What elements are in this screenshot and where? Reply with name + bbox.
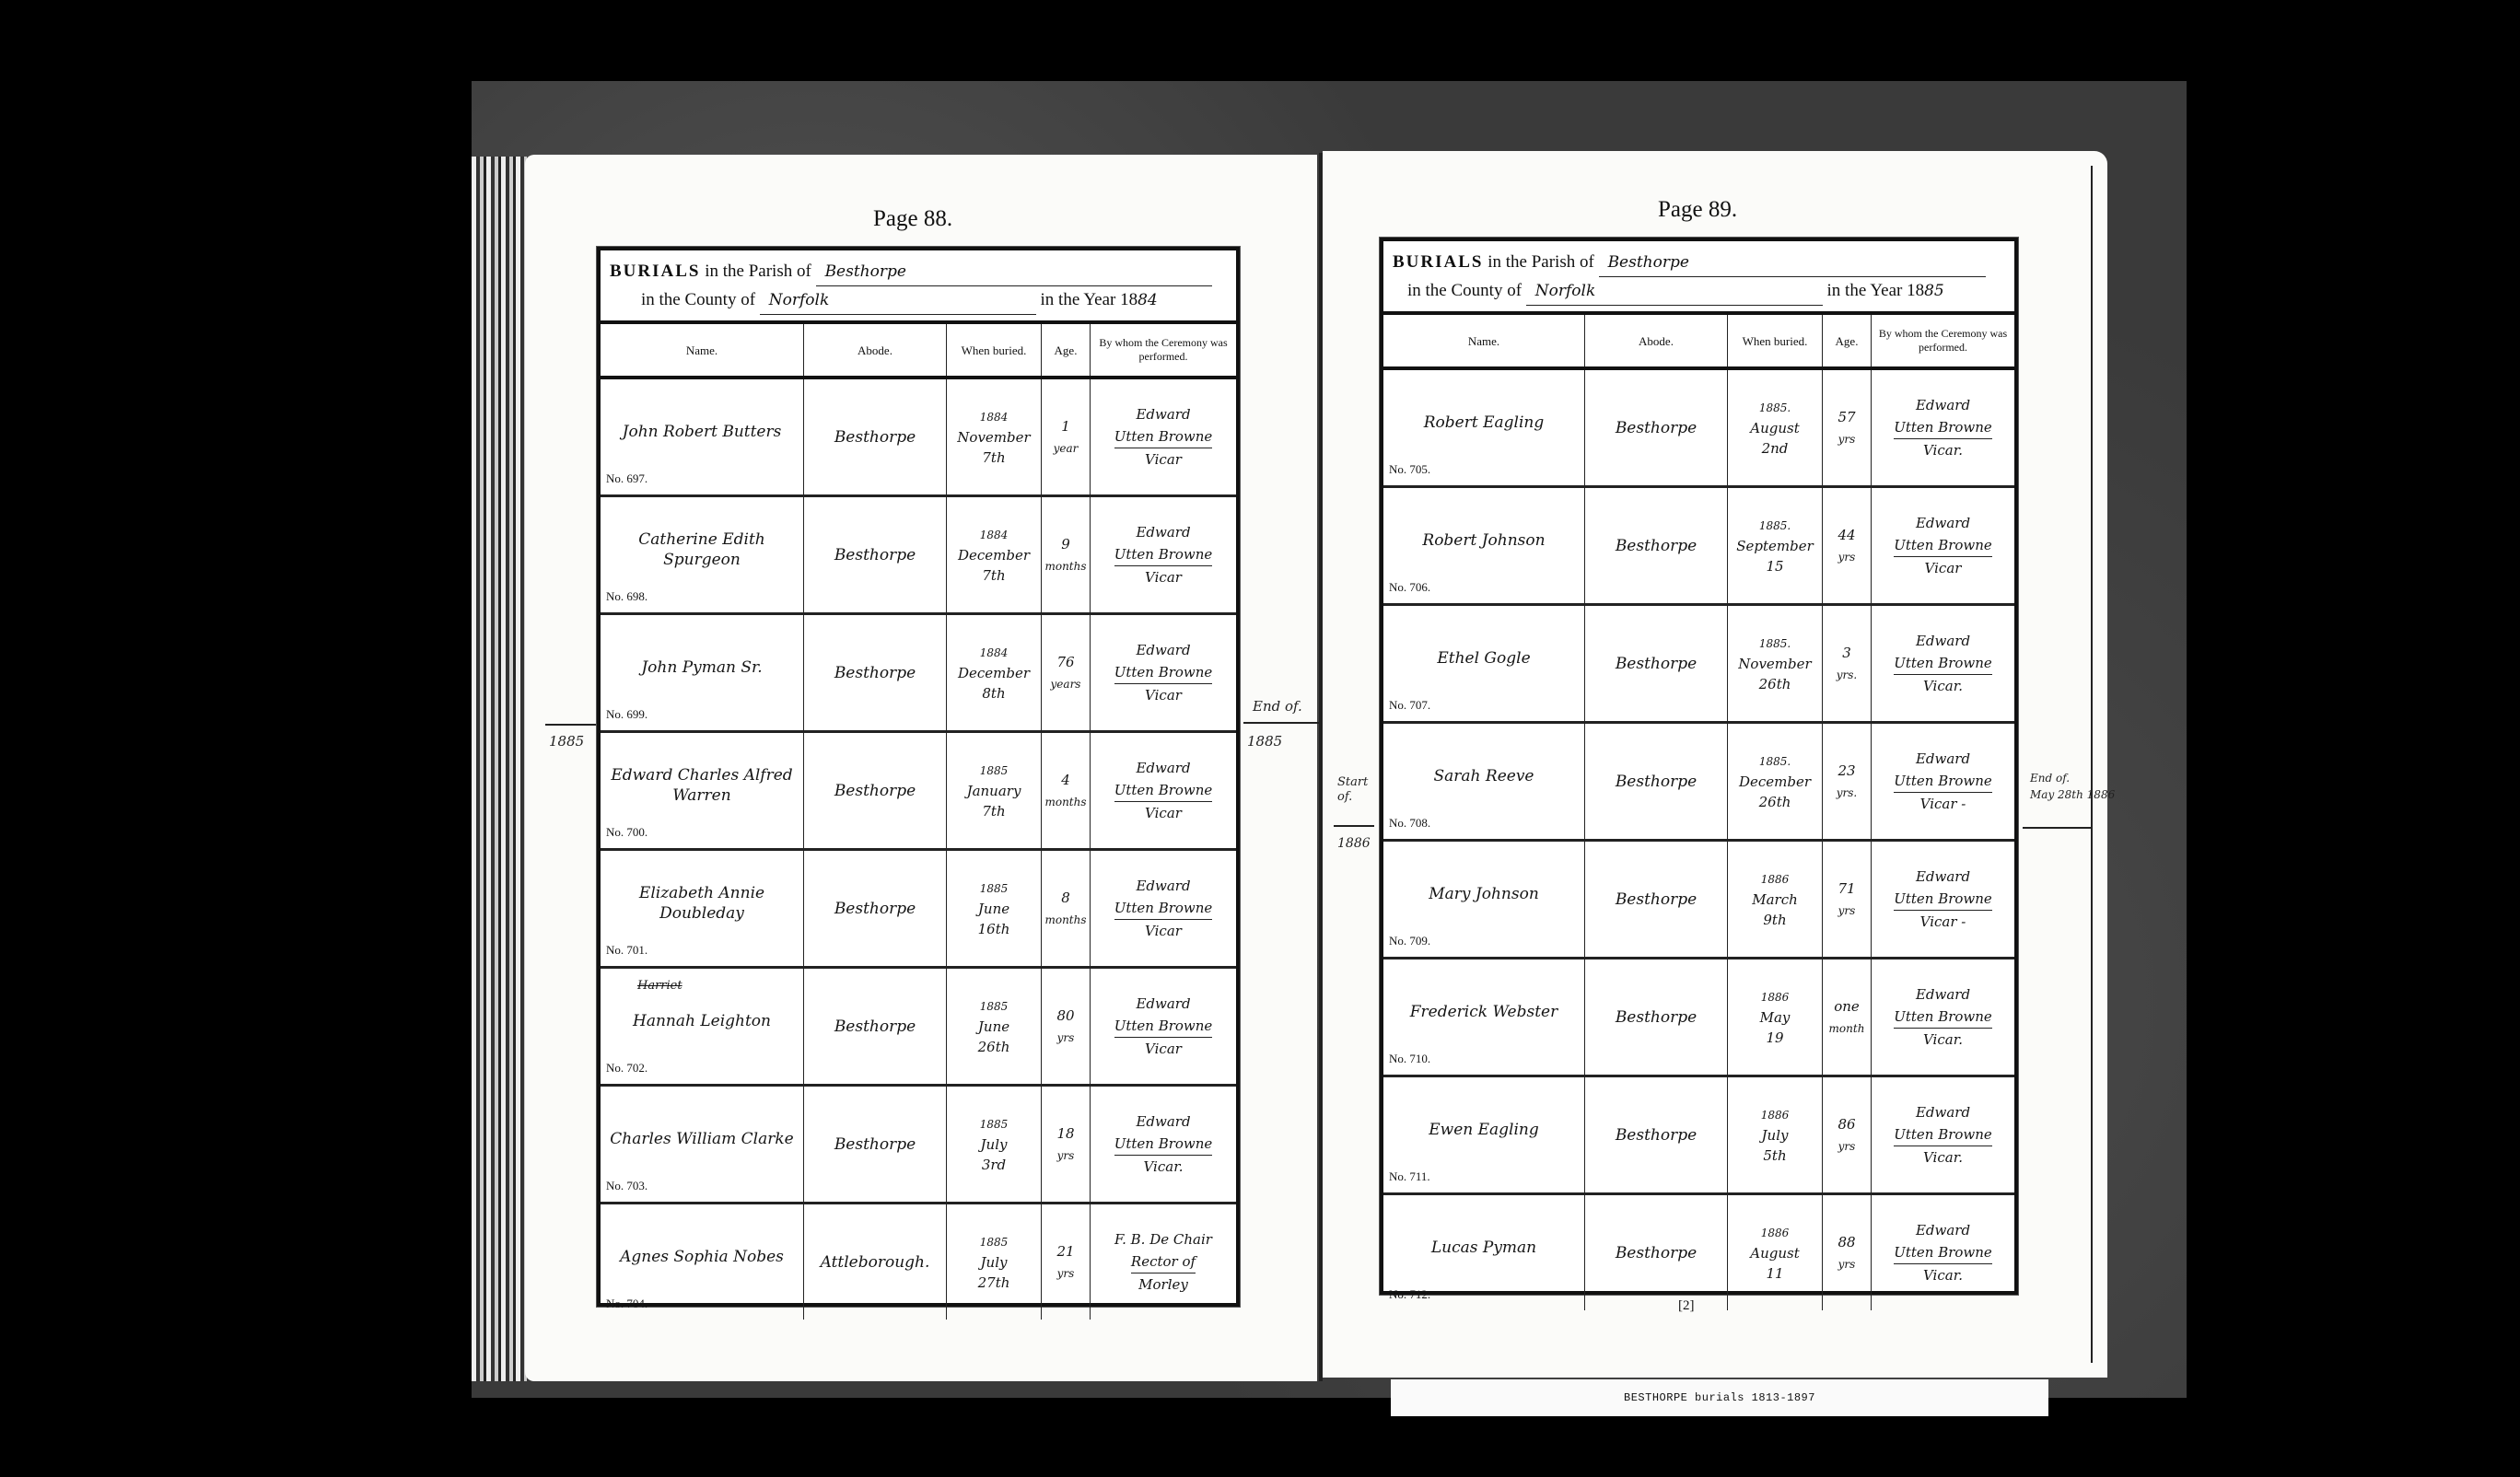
burial-day: 16th <box>978 919 1010 939</box>
entry-number: No. 709. <box>1389 931 1430 951</box>
name-cell: Charles William Clarke No. 703. <box>601 1087 804 1202</box>
age-number: 76 <box>1056 651 1074 673</box>
officiant-line-1: Edward <box>1136 521 1190 543</box>
burial-month: December <box>1739 772 1811 792</box>
parish-label: in the Parish of <box>705 262 811 281</box>
burial-day: 26th <box>978 1037 1010 1057</box>
officiant-line-2: Utten Browne <box>1894 1006 1992 1029</box>
age-number: 4 <box>1061 769 1070 791</box>
parish-label: in the Parish of <box>1487 252 1594 272</box>
entry-number: No. 700. <box>606 822 647 843</box>
officiant-line-3: Vicar. <box>1143 1156 1183 1178</box>
officiant-line-3: Vicar <box>1145 684 1182 706</box>
age-cell: 3 yrs. <box>1823 606 1872 721</box>
entry-number: No. 707. <box>1389 695 1430 715</box>
name-cell: Agnes Sophia Nobes No. 704. <box>601 1204 804 1320</box>
deceased-name: Robert Johnson <box>1417 530 1550 551</box>
margin-rule <box>2023 827 2091 829</box>
officiant-line-1: Edward <box>1136 639 1190 661</box>
year-value: 84 <box>1137 291 1158 309</box>
officiant-line-2: Utten Browne <box>1894 416 1992 439</box>
name-cell: Robert Johnson No. 706. <box>1383 488 1585 603</box>
officiant-cell: Edward Utten Browne Vicar. <box>1872 370 2014 485</box>
age-cell: 76 years <box>1042 615 1091 730</box>
burial-month: May <box>1760 1007 1791 1028</box>
abode-cell: Besthorpe <box>1585 606 1728 721</box>
entry-number: No. 697. <box>606 469 647 489</box>
when-buried-cell: 1885. November 26th <box>1728 606 1823 721</box>
name-cell: Sarah Reeve No. 708. <box>1383 724 1585 839</box>
age-number: 8 <box>1061 887 1070 909</box>
officiant-line-3: Vicar. <box>1923 1264 1963 1286</box>
margin-year-right: 1885 <box>1247 733 1282 750</box>
collection-label: BESTHORPE burials 1813-1897 <box>1391 1379 2048 1416</box>
burial-month: November <box>1738 654 1811 674</box>
officiant-line-3: Vicar <box>1145 448 1182 471</box>
officiant-line-1: F. B. De Chair <box>1114 1228 1212 1250</box>
officiant-cell: Edward Utten Browne Vicar. <box>1872 1077 2014 1192</box>
when-buried-cell: 1884 November 7th <box>947 379 1042 494</box>
age-cell: 86 yrs <box>1823 1077 1872 1192</box>
officiant-line-2: Utten Browne <box>1894 770 1992 793</box>
age-cell: 1 year <box>1042 379 1091 494</box>
officiant-line-3: Vicar <box>1925 557 1962 579</box>
right-page-number: Page 89. <box>1658 197 1737 223</box>
burial-year: 1885 <box>980 1232 1009 1252</box>
entry-number: No. 708. <box>1389 813 1430 833</box>
deceased-name: Agnes Sophia Nobes <box>614 1247 789 1267</box>
when-buried-cell: 1885 June 16th <box>947 851 1042 966</box>
officiant-line-3: Vicar. <box>1923 1146 1963 1169</box>
burial-entry-row: Ethel Gogle No. 707. Besthorpe 1885. Nov… <box>1383 606 2014 724</box>
burial-day: 9th <box>1763 910 1786 930</box>
margin-rule <box>545 724 602 726</box>
deceased-name: John Robert Butters <box>617 422 787 442</box>
entry-number: No. 710. <box>1389 1049 1430 1069</box>
burial-year: 1886 <box>1761 1223 1790 1243</box>
register-heading: BURIALS in the Parish of Besthorpe in th… <box>601 250 1236 324</box>
age-cell: 9 months <box>1042 497 1091 612</box>
deceased-name: Charles William Clarke <box>604 1129 799 1149</box>
burial-month: November <box>957 427 1030 448</box>
col-when: When buried. <box>1728 315 1823 366</box>
age-unit: months <box>1044 555 1086 577</box>
burial-entry-row: Catherine Edith Spurgeon No. 698. Bestho… <box>601 497 1236 615</box>
name-cell: Edward Charles Alfred Warren No. 700. <box>601 733 804 848</box>
margin-year-1886: 1886 <box>1337 836 1371 851</box>
officiant-line-1: Edward <box>1916 983 1970 1006</box>
parish-value: Besthorpe <box>1599 249 1986 277</box>
age-unit: yrs <box>1838 900 1856 922</box>
col-abode: Abode. <box>1585 315 1728 366</box>
col-name: Name. <box>601 324 804 376</box>
age-cell: 71 yrs <box>1823 842 1872 957</box>
age-number: 18 <box>1056 1122 1074 1145</box>
name-cell: Robert Eagling No. 705. <box>1383 370 1585 485</box>
officiant-cell: Edward Utten Browne Vicar - <box>1872 842 2014 957</box>
margin-rule <box>1243 722 1321 724</box>
officiant-cell: Edward Utten Browne Vicar <box>1872 488 2014 603</box>
burial-day: 26th <box>1759 792 1791 812</box>
deceased-name: Mary Johnson <box>1423 884 1545 904</box>
year-label: in the Year 18 <box>1827 281 1925 300</box>
officiant-line-1: Edward <box>1136 403 1190 425</box>
burials-title: BURIALS <box>1393 252 1483 272</box>
burial-month: March <box>1752 890 1798 910</box>
name-cell: Harriet Hannah Leighton No. 702. <box>601 969 804 1084</box>
officiant-line-2: Utten Browne <box>1894 652 1992 675</box>
officiant-cell: Edward Utten Browne Vicar <box>1091 497 1236 612</box>
county-value: Norfolk <box>760 286 1036 315</box>
abode-cell: Besthorpe <box>1585 370 1728 485</box>
officiant-line-3: Vicar. <box>1923 1029 1963 1051</box>
officiant-line-2: Utten Browne <box>1114 779 1213 802</box>
officiant-line-2: Utten Browne <box>1114 661 1213 684</box>
age-number: 86 <box>1837 1113 1855 1135</box>
burial-day: 5th <box>1763 1146 1786 1166</box>
officiant-line-2: Utten Browne <box>1114 1015 1213 1038</box>
officiant-line-3: Vicar - <box>1920 911 1966 933</box>
officiant-line-2: Rector of <box>1131 1250 1196 1273</box>
burial-year: 1886 <box>1761 869 1790 890</box>
age-number: 1 <box>1061 415 1070 437</box>
burial-year: 1885. <box>1759 634 1791 654</box>
age-unit: yrs <box>1838 1253 1856 1275</box>
age-cell: 4 months <box>1042 733 1091 848</box>
officiant-cell: Edward Utten Browne Vicar. <box>1872 959 2014 1075</box>
officiant-line-1: Edward <box>1916 512 1970 534</box>
name-cell: Lucas Pyman No. 712. <box>1383 1195 1585 1310</box>
burial-day: 27th <box>978 1273 1010 1293</box>
name-cell: Frederick Webster No. 710. <box>1383 959 1585 1075</box>
age-unit: yrs. <box>1837 782 1858 804</box>
burial-entry-row: John Pyman Sr. No. 699. Besthorpe 1884 D… <box>601 615 1236 733</box>
burial-year: 1884 <box>980 643 1009 663</box>
burial-entry-row: Sarah Reeve No. 708. Besthorpe 1885. Dec… <box>1383 724 2014 842</box>
officiant-cell: Edward Utten Browne Vicar <box>1091 379 1236 494</box>
burial-year: 1885 <box>980 878 1009 899</box>
entry-number: No. 712. <box>1389 1285 1430 1305</box>
officiant-line-1: Edward <box>1916 866 1970 888</box>
age-unit: yrs <box>1057 1262 1075 1285</box>
burial-year: 1884 <box>980 525 1009 545</box>
county-label: in the County of <box>641 290 755 309</box>
abode-cell: Besthorpe <box>804 969 947 1084</box>
entry-number: No. 698. <box>606 587 647 607</box>
deceased-name: Hannah Leighton <box>627 1011 776 1031</box>
burial-month: August <box>1750 418 1799 438</box>
when-buried-cell: 1886 July 5th <box>1728 1077 1823 1192</box>
burial-year: 1885. <box>1759 516 1791 536</box>
age-unit: yrs. <box>1837 664 1858 686</box>
when-buried-cell: 1885 June 26th <box>947 969 1042 1084</box>
burial-day: 26th <box>1759 674 1791 694</box>
page-edge-line <box>2091 166 2093 1363</box>
column-headers: Name. Abode. When buried. Age. By whom t… <box>601 324 1236 379</box>
age-cell: 23 yrs. <box>1823 724 1872 839</box>
officiant-cell: Edward Utten Browne Vicar. <box>1872 606 2014 721</box>
when-buried-cell: 1884 December 8th <box>947 615 1042 730</box>
col-age: Age. <box>1042 324 1091 376</box>
burial-year: 1885 <box>980 761 1009 781</box>
burial-month: December <box>958 663 1030 683</box>
when-buried-cell: 1884 December 7th <box>947 497 1042 612</box>
year-label: in the Year 18 <box>1041 290 1138 309</box>
name-cell: Ewen Eagling No. 711. <box>1383 1077 1585 1192</box>
when-buried-cell: 1886 August 11 <box>1728 1195 1823 1310</box>
age-cell: 44 yrs <box>1823 488 1872 603</box>
col-age: Age. <box>1823 315 1872 366</box>
deceased-name: Frederick Webster <box>1405 1002 1564 1022</box>
col-officiant: By whom the Ceremony was performed. <box>1872 315 2014 366</box>
burial-month: July <box>1762 1125 1789 1146</box>
column-headers: Name. Abode. When buried. Age. By whom t… <box>1383 315 2014 370</box>
officiant-line-2: Utten Browne <box>1114 543 1213 566</box>
entry-number: No. 703. <box>606 1176 647 1196</box>
officiant-cell: Edward Utten Browne Vicar <box>1091 733 1236 848</box>
name-cell: Ethel Gogle No. 707. <box>1383 606 1585 721</box>
entry-number: No. 705. <box>1389 459 1430 480</box>
parish-value: Besthorpe <box>816 258 1212 286</box>
burial-entry-row: Robert Johnson No. 706. Besthorpe 1885. … <box>1383 488 2014 606</box>
officiant-line-1: Edward <box>1916 748 1970 770</box>
burials-title: BURIALS <box>610 262 700 281</box>
officiant-line-1: Edward <box>1136 875 1190 897</box>
burial-year: 1884 <box>980 407 1009 427</box>
age-number: 9 <box>1061 533 1070 555</box>
abode-cell: Attleborough. <box>804 1204 947 1320</box>
when-buried-cell: 1885 January 7th <box>947 733 1042 848</box>
burial-entry-row: Charles William Clarke No. 703. Besthorp… <box>601 1087 1236 1204</box>
left-burial-register: BURIALS in the Parish of Besthorpe in th… <box>597 247 1240 1307</box>
age-number: 3 <box>1842 642 1851 664</box>
officiant-line-1: Edward <box>1136 1111 1190 1133</box>
col-name: Name. <box>1383 315 1585 366</box>
burial-day: 7th <box>982 448 1005 468</box>
age-cell: 88 yrs <box>1823 1195 1872 1310</box>
burial-month: July <box>981 1252 1008 1273</box>
officiant-line-2: Utten Browne <box>1114 897 1213 920</box>
abode-cell: Besthorpe <box>1585 1077 1728 1192</box>
when-buried-cell: 1885. August 2nd <box>1728 370 1823 485</box>
officiant-cell: Edward Utten Browne Vicar <box>1091 969 1236 1084</box>
burial-day: 7th <box>982 801 1005 821</box>
when-buried-cell: 1886 March 9th <box>1728 842 1823 957</box>
age-unit: yrs <box>1838 1135 1856 1157</box>
officiant-cell: F. B. De Chair Rector of Morley <box>1091 1204 1236 1320</box>
age-number: 23 <box>1837 760 1855 782</box>
age-cell: 18 yrs <box>1042 1087 1091 1202</box>
entry-number: No. 701. <box>606 940 647 960</box>
deceased-name: Edward Charles Alfred Warren <box>601 765 803 806</box>
abode-cell: Besthorpe <box>804 497 947 612</box>
officiant-cell: Edward Utten Browne Vicar <box>1091 615 1236 730</box>
abode-cell: Besthorpe <box>804 733 947 848</box>
officiant-cell: Edward Utten Browne Vicar - <box>1872 724 2014 839</box>
burial-month: August <box>1750 1243 1799 1263</box>
age-cell: 21 yrs <box>1042 1204 1091 1320</box>
margin-rule <box>1334 825 1374 827</box>
entry-number: No. 699. <box>606 704 647 725</box>
burial-year: 1886 <box>1761 1105 1790 1125</box>
burial-day: 7th <box>982 565 1005 586</box>
burial-day: 15 <box>1766 556 1783 576</box>
entry-number: No. 704. <box>606 1294 647 1314</box>
age-cell: 57 yrs <box>1823 370 1872 485</box>
burial-month: July <box>981 1134 1008 1155</box>
burial-entry-row: Edward Charles Alfred Warren No. 700. Be… <box>601 733 1236 851</box>
officiant-cell: Edward Utten Browne Vicar. <box>1872 1195 2014 1310</box>
age-cell: 8 months <box>1042 851 1091 966</box>
age-number: 88 <box>1837 1231 1855 1253</box>
age-number: one <box>1834 995 1860 1018</box>
age-number: 57 <box>1837 406 1855 428</box>
abode-cell: Besthorpe <box>1585 1195 1728 1310</box>
burial-year: 1885 <box>980 1114 1009 1134</box>
deceased-name: Ewen Eagling <box>1423 1120 1545 1140</box>
burial-year: 1886 <box>1761 987 1790 1007</box>
abode-cell: Besthorpe <box>804 851 947 966</box>
name-cell: Elizabeth Annie Doubleday No. 701. <box>601 851 804 966</box>
burial-entry-row: Harriet Hannah Leighton No. 702. Besthor… <box>601 969 1236 1087</box>
abode-cell: Besthorpe <box>804 1087 947 1202</box>
officiant-line-2: Utten Browne <box>1894 1123 1992 1146</box>
officiant-line-1: Edward <box>1916 394 1970 416</box>
col-when: When buried. <box>947 324 1042 376</box>
county-label: in the County of <box>1407 281 1522 300</box>
burial-month: September <box>1736 536 1814 556</box>
right-burial-register: BURIALS in the Parish of Besthorpe in th… <box>1380 238 2018 1295</box>
when-buried-cell: 1885 July 3rd <box>947 1087 1042 1202</box>
officiant-line-3: Vicar <box>1145 920 1182 942</box>
officiant-line-2: Utten Browne <box>1894 1241 1992 1264</box>
officiant-line-1: Edward <box>1916 1101 1970 1123</box>
abode-cell: Besthorpe <box>1585 724 1728 839</box>
burial-month: June <box>978 899 1009 919</box>
when-buried-cell: 1885. December 26th <box>1728 724 1823 839</box>
burial-year: 1885 <box>980 996 1009 1017</box>
age-number: 80 <box>1056 1005 1074 1027</box>
entries: Robert Eagling No. 705. Besthorpe 1885. … <box>1383 370 2014 1310</box>
age-cell: 80 yrs <box>1042 969 1091 1084</box>
age-number: 44 <box>1837 524 1855 546</box>
deceased-name: Ethel Gogle <box>1431 648 1535 669</box>
officiant-cell: Edward Utten Browne Vicar. <box>1091 1087 1236 1202</box>
abode-cell: Besthorpe <box>804 615 947 730</box>
year-value: 85 <box>1924 282 1944 300</box>
burial-year: 1885. <box>1759 751 1791 772</box>
burial-entry-row: Frederick Webster No. 710. Besthorpe 188… <box>1383 959 2014 1077</box>
burial-day: 19 <box>1766 1028 1783 1048</box>
age-unit: months <box>1044 909 1086 931</box>
age-unit: yrs <box>1057 1027 1075 1049</box>
officiant-line-1: Edward <box>1916 630 1970 652</box>
burial-day: 8th <box>982 683 1005 704</box>
deceased-name: Lucas Pyman <box>1426 1238 1542 1258</box>
entry-number: No. 706. <box>1389 577 1430 598</box>
entries: John Robert Butters No. 697. Besthorpe 1… <box>601 379 1236 1320</box>
age-unit: months <box>1044 791 1086 813</box>
officiant-cell: Edward Utten Browne Vicar <box>1091 851 1236 966</box>
officiant-line-3: Vicar. <box>1923 439 1963 461</box>
when-buried-cell: 1886 May 19 <box>1728 959 1823 1075</box>
officiant-line-1: Edward <box>1916 1219 1970 1241</box>
margin-year-left: 1885 <box>549 733 584 750</box>
abode-cell: Besthorpe <box>1585 488 1728 603</box>
burial-year: 1885. <box>1759 398 1791 418</box>
abode-cell: Besthorpe <box>1585 959 1728 1075</box>
age-unit: month <box>1829 1018 1865 1040</box>
deceased-name: Robert Eagling <box>1418 413 1549 433</box>
burial-month: June <box>978 1017 1009 1037</box>
entry-number: No. 702. <box>606 1058 647 1078</box>
deceased-name: Elizabeth Annie Doubleday <box>601 883 803 924</box>
col-officiant: By whom the Ceremony was performed. <box>1091 324 1236 376</box>
margin-start-of: Startof. <box>1337 775 1368 805</box>
page-signature-mark: [2] <box>1678 1298 1695 1314</box>
officiant-line-3: Vicar. <box>1923 675 1963 697</box>
age-number: 21 <box>1056 1240 1074 1262</box>
deceased-name: Sarah Reeve <box>1429 766 1540 786</box>
officiant-line-3: Vicar <box>1145 1038 1182 1060</box>
burial-month: December <box>958 545 1030 565</box>
age-unit: yrs <box>1838 546 1856 568</box>
officiant-line-3: Vicar <box>1145 802 1182 824</box>
abode-cell: Besthorpe <box>1585 842 1728 957</box>
deceased-name: John Pyman Sr. <box>636 657 767 678</box>
burial-entry-row: Mary Johnson No. 709. Besthorpe 1886 Mar… <box>1383 842 2014 959</box>
col-abode: Abode. <box>804 324 947 376</box>
burial-entry-row: Agnes Sophia Nobes No. 704. Attleborough… <box>601 1204 1236 1320</box>
burial-day: 11 <box>1766 1263 1783 1284</box>
age-number: 71 <box>1837 878 1855 900</box>
page-edges <box>472 157 527 1381</box>
burial-entry-row: Ewen Eagling No. 711. Besthorpe 1886 Jul… <box>1383 1077 2014 1195</box>
name-cell: John Robert Butters No. 697. <box>601 379 804 494</box>
burial-entry-row: Lucas Pyman No. 712. Besthorpe 1886 Augu… <box>1383 1195 2014 1310</box>
burial-entry-row: Robert Eagling No. 705. Besthorpe 1885. … <box>1383 370 2014 488</box>
officiant-line-2: Utten Browne <box>1114 425 1213 448</box>
officiant-line-2: Utten Browne <box>1894 888 1992 911</box>
when-buried-cell: 1885. September 15 <box>1728 488 1823 603</box>
abode-cell: Besthorpe <box>804 379 947 494</box>
burial-day: 2nd <box>1762 438 1789 459</box>
margin-end-of: End of. <box>1253 698 1302 715</box>
burial-month: January <box>967 781 1021 801</box>
deceased-name: Catherine Edith Spurgeon <box>601 529 803 570</box>
burial-entry-row: Elizabeth Annie Doubleday No. 701. Besth… <box>601 851 1236 969</box>
officiant-line-2: Utten Browne <box>1114 1133 1213 1156</box>
burial-entry-row: John Robert Butters No. 697. Besthorpe 1… <box>601 379 1236 497</box>
county-value: Norfolk <box>1526 277 1823 306</box>
officiant-line-1: Edward <box>1136 993 1190 1015</box>
age-unit: years <box>1051 673 1081 695</box>
officiant-line-3: Morley <box>1138 1273 1188 1296</box>
margin-end-of-1886: End of.May 28th 1886 <box>2030 770 2115 803</box>
name-cell: Catherine Edith Spurgeon No. 698. <box>601 497 804 612</box>
left-page-number: Page 88. <box>873 206 952 232</box>
struck-name: Harriet <box>637 976 682 996</box>
officiant-line-3: Vicar - <box>1920 793 1966 815</box>
age-cell: one month <box>1823 959 1872 1075</box>
register-heading: BURIALS in the Parish of Besthorpe in th… <box>1383 241 2014 315</box>
officiant-line-2: Utten Browne <box>1894 534 1992 557</box>
name-cell: Mary Johnson No. 709. <box>1383 842 1585 957</box>
name-cell: John Pyman Sr. No. 699. <box>601 615 804 730</box>
officiant-line-1: Edward <box>1136 757 1190 779</box>
age-unit: year <box>1054 437 1079 459</box>
burial-day: 3rd <box>982 1155 1006 1175</box>
